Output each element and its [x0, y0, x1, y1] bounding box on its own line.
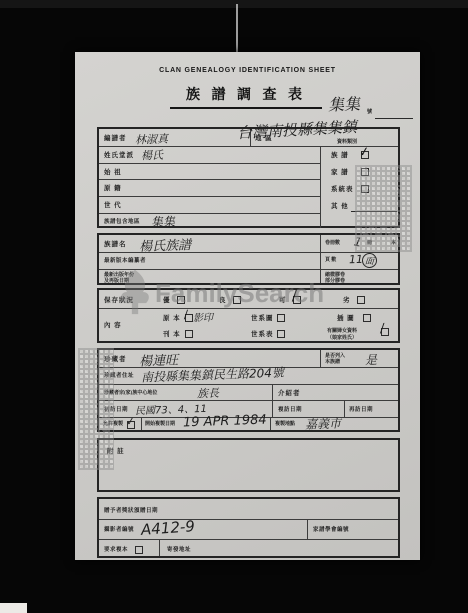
microfilm-label-line2: 部分膠卷 — [325, 279, 345, 285]
category-zupu-label: 族 譜 — [331, 152, 349, 159]
editor-label: 最新版本編纂者 — [104, 258, 146, 264]
photographer-id-handwriting: A412-9 — [140, 517, 195, 539]
category-label: 資料類別 — [337, 140, 357, 146]
introducer-label: 介紹者 — [278, 390, 301, 397]
scanned-document-frame: CLAN GENEALOGY IDENTIFICATION SHEET 族 譜 … — [0, 0, 468, 613]
section-notes: 附 註 — [97, 438, 400, 492]
pages-unit-circled: 面 — [361, 252, 377, 268]
photographer-id-label: 攝影者編號 — [104, 527, 134, 533]
coverage-label: 族譜包含地區 — [104, 219, 140, 225]
content-print-label: 刊 本 — [163, 331, 181, 338]
content-lineage-chart-label: 世系圖 — [251, 315, 274, 322]
sheet-number-line — [375, 118, 413, 119]
society-id-label: 家譜學會編號 — [313, 527, 349, 533]
listed-label-line1: 是否列入 — [325, 354, 345, 360]
content-women-checkmark: / — [379, 322, 385, 334]
familysearch-text-watermark: FamilySearch — [155, 280, 324, 306]
copy-place-label: 複製地點 — [275, 422, 295, 428]
sheet-number-label: 號 — [367, 110, 372, 116]
content-lineage-table-checkbox — [277, 330, 285, 338]
permit-copy-checkmark: ✓ — [125, 415, 136, 427]
second-visit-label: 複訪日期 — [278, 407, 302, 413]
category-zupu-checkmark: ✓ — [358, 145, 371, 159]
surname-handwriting: 楊氏 — [141, 147, 164, 164]
genealogy-title-label: 族譜名 — [104, 241, 127, 248]
content-lineage-chart-checkbox — [277, 314, 285, 322]
english-header: CLAN GENEALOGY IDENTIFICATION SHEET — [75, 67, 420, 74]
microfilm-label-line1: 縮微膠卷 — [325, 273, 345, 279]
condition-poor-checkbox — [357, 296, 365, 304]
third-visit-label: 再訪日期 — [349, 407, 373, 413]
mailing-address-label: 寄發地址 — [167, 547, 191, 553]
award-date-label: 贈予者獎狀頒贈日期 — [104, 508, 158, 514]
copy-date-label: 開始複製日期 — [145, 422, 175, 428]
volume-count-label: 卷冊數 — [325, 241, 340, 247]
copy-place-handwriting: 嘉義市 — [305, 414, 342, 432]
copy-date-handwriting: 19 APR 1984 — [183, 413, 267, 431]
seal-stamp-watermark-right — [355, 165, 412, 252]
scan-top-band — [0, 0, 468, 8]
content-original-note-handwriting: 影印 — [193, 309, 214, 325]
first-ancestor-label: 始 祖 — [104, 169, 122, 176]
category-other-label: 其 他 — [331, 203, 349, 210]
listed-handwriting: 是 — [365, 351, 378, 368]
section-admin: 贈予者獎狀頒贈日期 攝影者編號 A412-9 家譜學會編號 要求複本 寄發地址 — [97, 497, 400, 558]
content-lineage-table-label: 世系表 — [251, 331, 274, 338]
compiler-handwriting: 林淑真 — [135, 130, 169, 147]
content-label: 內 容 — [104, 322, 122, 329]
listed-label-line2: 本族譜 — [325, 360, 340, 366]
origin-label: 原 籍 — [104, 185, 122, 192]
content-women-label: 有關婦女資料 — [327, 329, 357, 335]
sheet-number-note-handwriting: 集集 — [328, 91, 361, 115]
content-print-checkbox — [185, 330, 193, 338]
category-chart-label: 系統表 — [331, 186, 354, 193]
genealogy-title-handwriting: 楊氏族譜 — [139, 234, 192, 255]
request-copy-checkbox — [135, 546, 143, 554]
scan-corner-speck — [0, 603, 27, 613]
coverage-handwriting: 集集 — [151, 213, 176, 231]
pages-label: 頁 數 — [325, 258, 336, 264]
seal-stamp-watermark-left — [78, 348, 114, 470]
holder-address-handwriting: 南投縣集集鎮民生路204號 — [141, 364, 284, 386]
holder-position-handwriting: 族長 — [197, 385, 220, 402]
genealogy-form-page: CLAN GENEALOGY IDENTIFICATION SHEET 族 譜 … — [75, 52, 420, 560]
content-illustration-checkbox — [363, 314, 371, 322]
condition-poor-label: 劣 — [343, 297, 351, 304]
page-title: 族 譜 調 查 表 — [170, 88, 322, 109]
surname-label: 姓氏堂派 — [104, 152, 134, 159]
content-original-checkmark: / — [183, 309, 188, 320]
content-original-label: 原 本 — [163, 315, 181, 322]
generation-label: 世 代 — [104, 202, 122, 209]
compiler-label: 編譜者 — [104, 135, 127, 142]
familysearch-tree-logo-watermark — [116, 266, 154, 318]
scan-scratch-artifact — [236, 4, 238, 52]
section-holder: 珍藏者 楊連旺 是否列入 本族譜 是 珍藏者住址 南投縣集集鎮民生路204號 珍… — [97, 348, 400, 432]
request-copy-label: 要求複本 — [104, 547, 128, 553]
content-illustration-label: 插 圖 — [337, 315, 355, 322]
content-women-note-label: （娘家姓氏） — [327, 336, 357, 342]
category-jiapu-label: 家 譜 — [331, 169, 349, 176]
